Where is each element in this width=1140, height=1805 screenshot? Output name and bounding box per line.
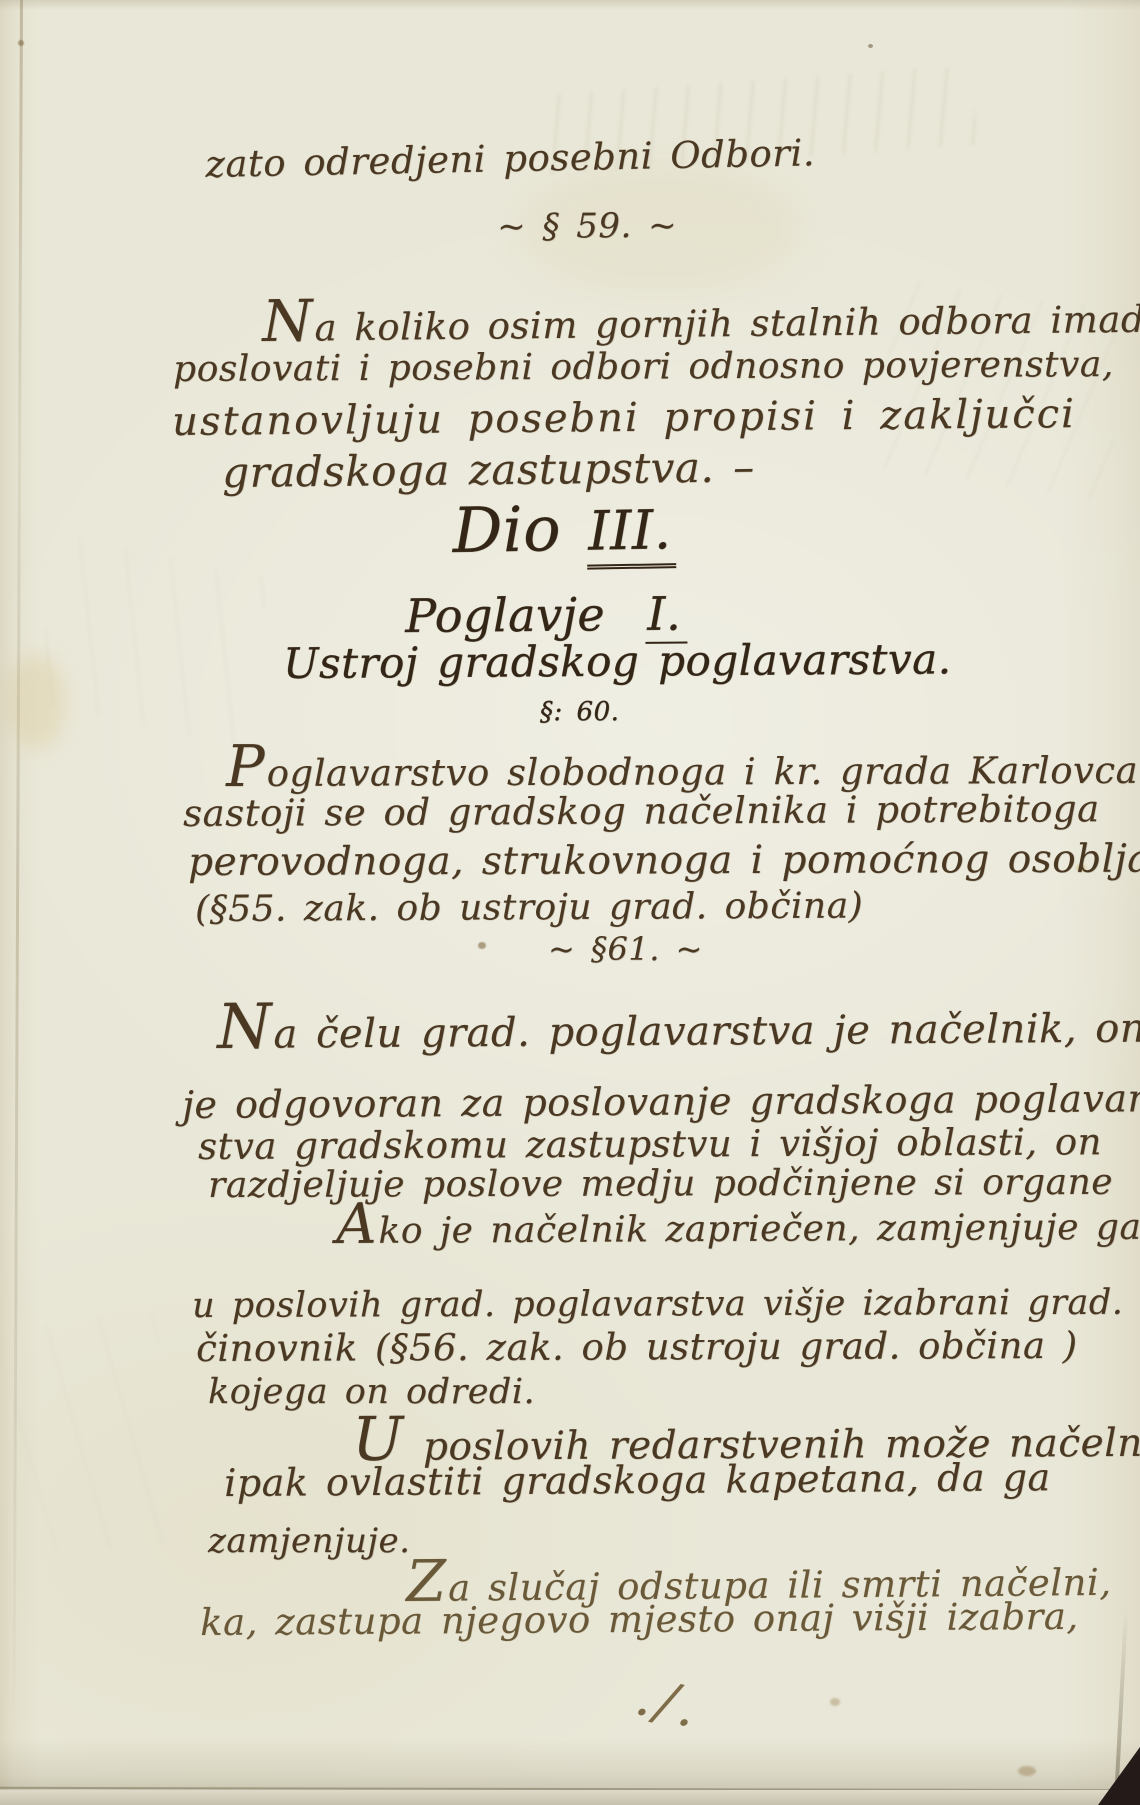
manuscript-line: zamjenjuje. (208, 1524, 410, 1560)
manuscript-line: Na koliko osim gornjih stalnih odbora im… (262, 291, 1140, 349)
page-bottom-shadow (0, 1738, 1140, 1790)
ink-stain-dot (478, 942, 486, 949)
manuscript-line: činovnik (§56. zak. ob ustroju grad. obč… (196, 1327, 1078, 1369)
section-mark-60: §: 60. (540, 699, 619, 726)
manuscript-line: sastoji se od gradskog načelnika i potre… (183, 790, 1100, 834)
manuscript-line: stva gradskomu zastupstvu i višjoj oblas… (198, 1123, 1102, 1167)
ink-bleedthrough-lower-left (6, 1313, 179, 1557)
paper-stain (8, 655, 66, 750)
page-top-edge-shadow (0, 0, 1140, 10)
chapter-heading-word: Poglavje (405, 587, 605, 643)
part-heading-numeral: III. (586, 498, 676, 570)
manuscript-line: u poslovih grad. poglavarstva višje izab… (192, 1285, 1123, 1325)
ink-stain-dot (18, 40, 24, 46)
chapter-heading: Poglavje I. (405, 590, 687, 641)
manuscript-line: Ako je načelnik zapriečen, zamjenjuje ga (336, 1200, 1140, 1251)
manuscript-line: ka, zastupa njegovo mjesto onaj višji iz… (200, 1598, 1079, 1643)
manuscript-line: ustanovljuju posebni propisi i zaključci (172, 393, 1076, 443)
manuscript-line: perovodnoga, strukovnoga i pomoćnog osob… (188, 840, 1140, 884)
manuscript-line: poslovati i posebni odbori odnosno povje… (173, 346, 1114, 389)
part-heading: Dio III. (452, 494, 676, 563)
manuscript-line: Na čelu grad. poglavarstva je načelnik, … (217, 998, 1140, 1056)
chapter-title: Ustroj gradskog poglavarstva. (283, 637, 952, 686)
paper-stain (830, 1698, 840, 1706)
section-mark-59: ~ § 59. ~ (497, 209, 677, 246)
manuscript-line: gradskoga zastupstva. – (222, 445, 755, 495)
manuscript-line: je odgovoran za poslovanje gradskoga pog… (182, 1079, 1140, 1126)
manuscript-line: (§55. zak. ob ustroju grad. občina) (195, 888, 863, 929)
page-continuation-mark: ./. (630, 1668, 706, 1739)
manuscript-scan: zato odredjeni posebni Odbori. ~ § 59. ~… (0, 0, 1140, 1805)
manuscript-line: Poglavarstvo slobodnoga i kr. grada Karl… (226, 742, 1138, 794)
manuscript-line: ipak ovlastiti gradskoga kapetana, da ga (224, 1458, 1051, 1504)
underlying-page-edge (0, 1790, 1140, 1805)
part-heading-word: Dio (452, 492, 562, 567)
paper-speck (868, 44, 873, 48)
section-mark-61: ~ §61. ~ (548, 933, 703, 967)
